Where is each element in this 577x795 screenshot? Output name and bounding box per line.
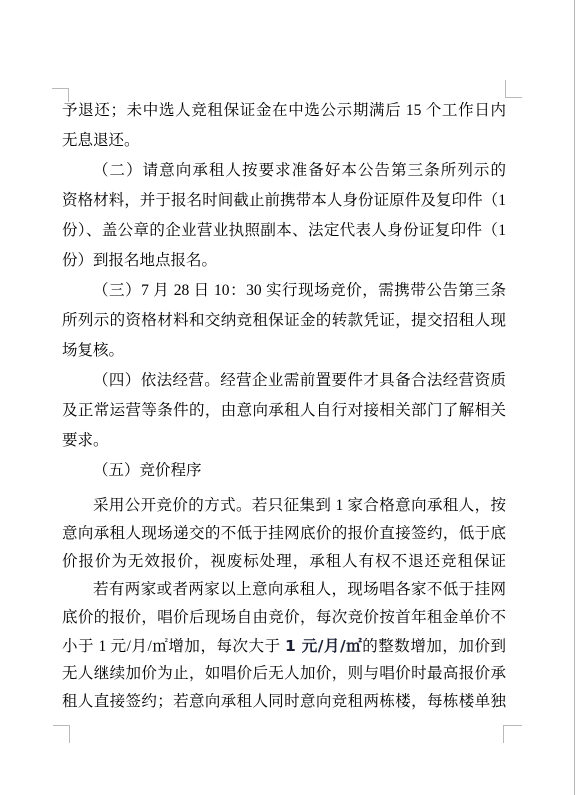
paragraph-clause-3: （三）7 月 28 日 10：30 实行现场竞价，需携带公告第三条所列示的资格材… bbox=[62, 276, 506, 366]
paragraph-bidding-procedure-para-1: 采用公开竞价的方式。若只征集到 1 家合格意向承租人，按意向承租人现场递交的不低… bbox=[62, 492, 506, 576]
text-line[interactable]: 租人直接签约；若意向承租人同时意向竞租两栋楼，每栋楼单独 bbox=[62, 688, 506, 716]
paragraph-clause-5-heading: （五）竞价程序 bbox=[62, 456, 506, 486]
text-line[interactable]: （五）竞价程序 bbox=[62, 456, 506, 486]
text-line[interactable]: 采用公开竞价的方式。若只征集到 1 家合格意向承租人，按 bbox=[62, 492, 506, 520]
crop-mark-top-right bbox=[505, 80, 522, 98]
text-line[interactable]: 无人继续加价为止，如唱价后无人加价，则与唱价时最高报价承 bbox=[62, 660, 506, 688]
text-line[interactable]: （二）请意向承租人按要求准备好本公告第三条所列示的 bbox=[62, 156, 506, 186]
paragraph-clause-1-continuation: 予退还；未中选人竞租保证金在中选公示期满后 15 个工作日内无息退还。 bbox=[62, 96, 506, 156]
alt-font-text: 1 元/月/㎡ bbox=[285, 637, 362, 655]
text-segment: 的整数增加，加价到 bbox=[362, 638, 506, 655]
text-line[interactable]: 底价的报价，唱价后现场自由竞价，每次竞价按首年租金单价不 bbox=[62, 604, 506, 632]
text-line[interactable]: （三）7 月 28 日 10：30 实行现场竞价，需携带公告第三条 bbox=[62, 276, 506, 306]
text-line[interactable]: 意向承租人现场递交的不低于挂网底价的报价直接签约，低于底 bbox=[62, 520, 506, 548]
text-line[interactable]: 无息退还。 bbox=[62, 126, 506, 156]
text-line[interactable]: 资格材料，并于报名时间截止前携带本人身份证原件及复印件（1 bbox=[62, 186, 506, 216]
crop-mark-bottom-right bbox=[503, 725, 522, 743]
paragraph-clause-2: （二）请意向承租人按要求准备好本公告第三条所列示的资格材料，并于报名时间截止前携… bbox=[62, 156, 506, 276]
paragraph-bidding-procedure-para-2: 若有两家或者两家以上意向承租人，现场唱各家不低于挂网底价的报价，唱价后现场自由竞… bbox=[62, 576, 506, 716]
text-line[interactable]: 若有两家或者两家以上意向承租人，现场唱各家不低于挂网 bbox=[62, 576, 506, 604]
text-line[interactable]: 小于 1 元/月/㎡增加，每次大于 1 元/月/㎡的整数增加，加价到 bbox=[62, 632, 506, 660]
crop-mark-bottom-left bbox=[53, 725, 70, 743]
text-line[interactable]: （四）依法经营。经营企业需前置要件才具备合法经营资质 bbox=[62, 366, 506, 396]
document-text-area[interactable]: 予退还；未中选人竞租保证金在中选公示期满后 15 个工作日内无息退还。（二）请意… bbox=[62, 96, 506, 716]
text-line[interactable]: 所列示的资格材料和交纳竞租保证金的转款凭证，提交招租人现 bbox=[62, 306, 506, 336]
text-line[interactable]: 份）到报名地点报名。 bbox=[62, 246, 506, 276]
text-line[interactable]: 及正常运营等条件的，由意向承租人自行对接相关部门了解相关 bbox=[62, 396, 506, 426]
text-line[interactable]: 予退还；未中选人竞租保证金在中选公示期满后 15 个工作日内 bbox=[62, 96, 506, 126]
text-segment: 小于 1 元/月/㎡增加，每次大于 bbox=[62, 638, 285, 655]
text-line[interactable]: 价报价为无效报价，视废标处理，承租人有权不退还竞租保证金。 bbox=[62, 548, 506, 576]
page-right-edge bbox=[574, 0, 575, 795]
text-line[interactable]: 份）、盖公章的企业营业执照副本、法定代表人身份证复印件（1 bbox=[62, 216, 506, 246]
document-page: 予退还；未中选人竞租保证金在中选公示期满后 15 个工作日内无息退还。（二）请意… bbox=[0, 0, 577, 795]
text-line[interactable]: 要求。 bbox=[62, 426, 506, 456]
text-line[interactable]: 场复核。 bbox=[62, 336, 506, 366]
paragraph-clause-4: （四）依法经营。经营企业需前置要件才具备合法经营资质及正常运营等条件的，由意向承… bbox=[62, 366, 506, 456]
